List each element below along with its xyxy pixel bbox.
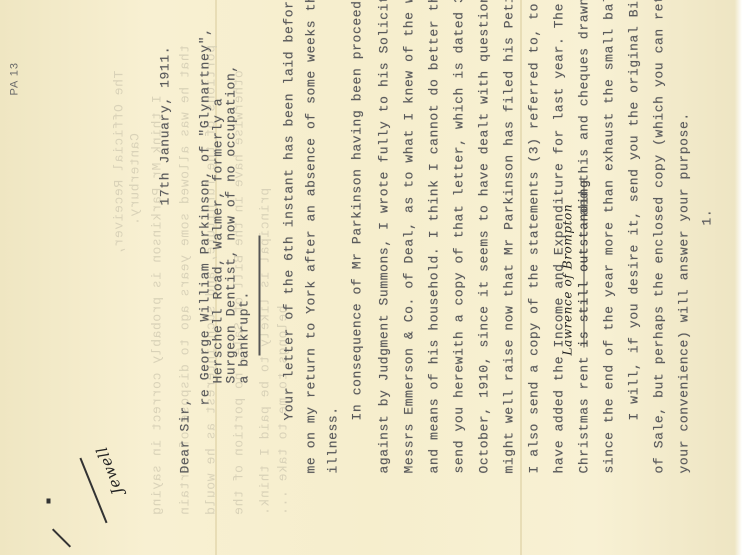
bleed-through-line: The Official Receiver,	[112, 70, 126, 255]
body-line: I will, if you desire it, send you the o…	[627, 0, 641, 420]
body-line: Your letter of the 6th instant has been …	[282, 0, 296, 420]
body-line: Christmas rent	[577, 355, 591, 473]
salutation: Dear Sir,	[178, 397, 192, 473]
handwritten-initials: Jewell	[92, 444, 126, 497]
body-line: In consequence of Mr Parkinson having be…	[350, 0, 364, 420]
body-line: against by Judgment Summons, I wrote ful…	[377, 0, 391, 473]
body-line: October, 1910, since it seems to have de…	[477, 0, 491, 473]
reference-mark: PA 13	[8, 61, 20, 95]
ink-dot	[46, 498, 50, 503]
body-line: send you herewith a copy of that letter,…	[452, 0, 466, 473]
body-line: I also send a copy of the statements (3)…	[527, 0, 541, 473]
body-line: and means of his household. I think I ca…	[427, 0, 441, 473]
bleed-through-line: Canterbury.	[128, 133, 142, 225]
separator-rule	[258, 235, 260, 355]
page-number: 1.	[700, 208, 714, 225]
body-line: might well raise now that Mr Parkinson h…	[502, 0, 516, 473]
body-line: Messrs Emmerson & Co. of Deal, as to wha…	[402, 0, 416, 473]
pencil-mark	[51, 528, 70, 547]
body-line: me on my return to York after an absence…	[304, 0, 318, 473]
body-line: since the end of the year more than exha…	[602, 0, 616, 473]
handwritten-insertion: Lawrence of Brompton	[560, 203, 574, 355]
letter-date: 17th January, 1911.	[158, 45, 172, 205]
body-line: your convenience) will answer your purpo…	[677, 112, 691, 473]
letter-page: The Official Receiver, Canterbury. I thi…	[0, 0, 742, 555]
subject-line: a bankrupt.	[237, 291, 251, 383]
bleed-through-line: principal is likely to be paid I think.	[258, 187, 272, 515]
body-line: of Sale, but perhaps the enclosed copy (…	[652, 0, 666, 473]
body-line: and this and cheques drawn	[577, 0, 591, 215]
body-line: illness.	[326, 406, 340, 473]
